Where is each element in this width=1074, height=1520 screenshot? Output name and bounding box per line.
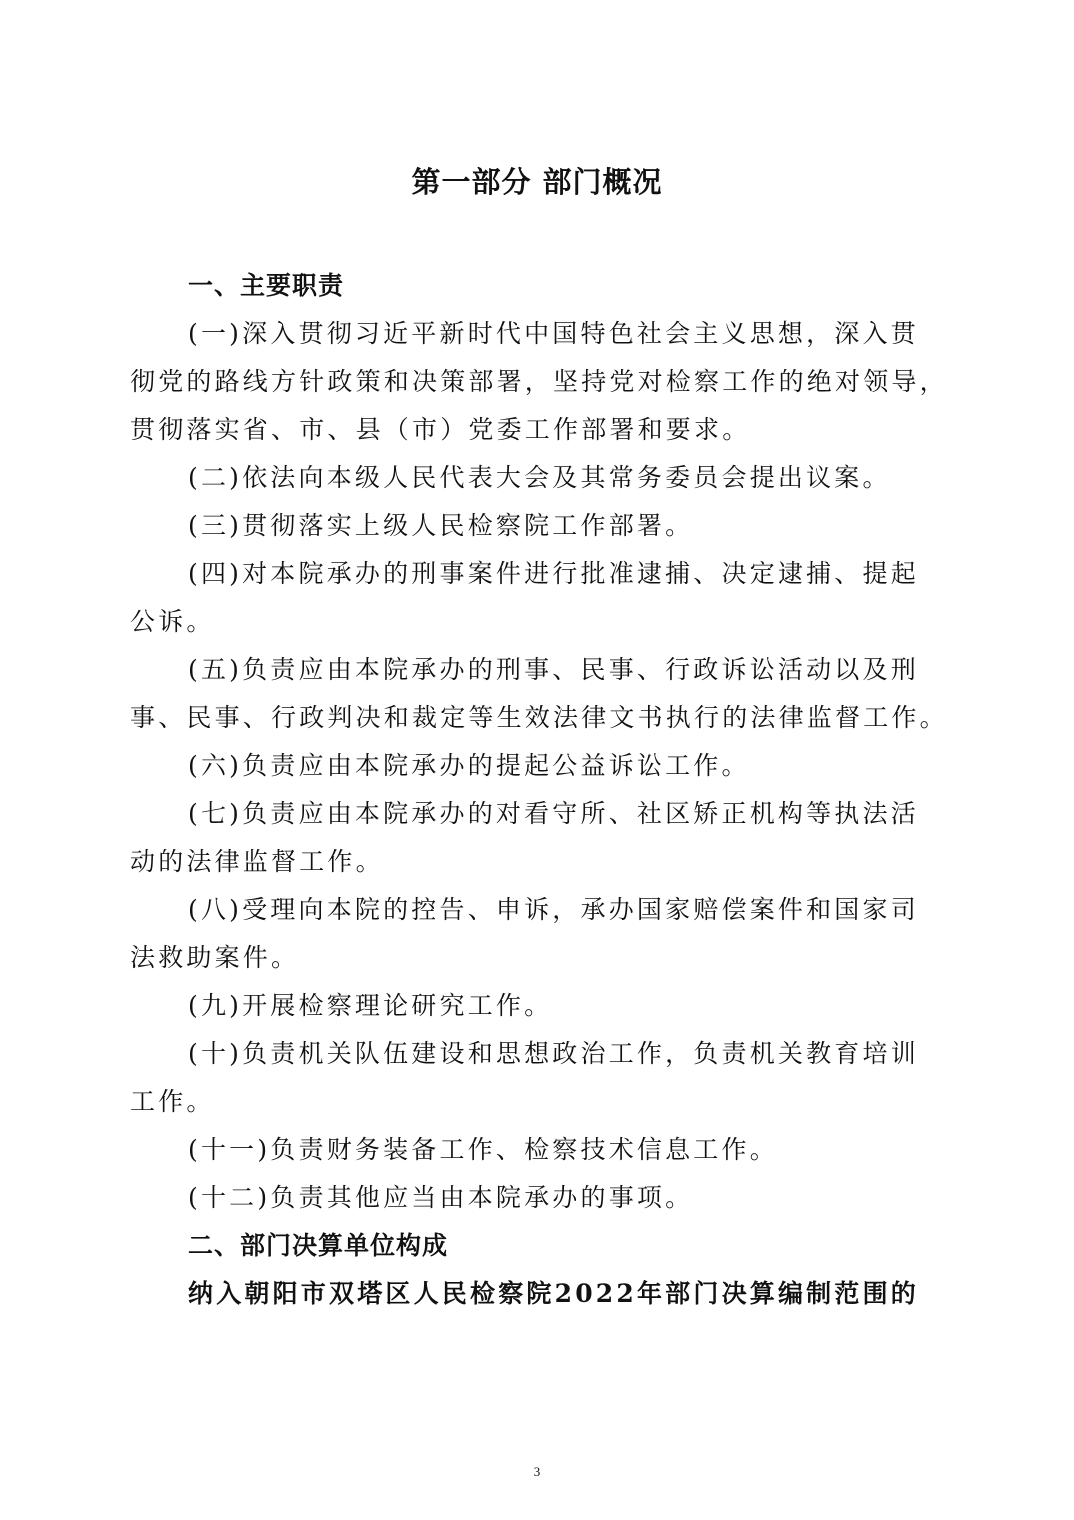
document-body: 一、主要职责 (一)深入贯彻习近平新时代中国特色社会主义思想，深入贯 彻党的路线… (130, 262, 945, 1318)
paragraph-line: (十二)负责其他应当由本院承办的事项。 (130, 1174, 945, 1222)
document-page: 第一部分 部门概况 一、主要职责 (一)深入贯彻习近平新时代中国特色社会主义思想… (0, 0, 1074, 1520)
paragraph-line: 法救助案件。 (130, 934, 945, 982)
page-number: 3 (0, 1464, 1074, 1480)
paragraph-line: (八)受理向本院的控告、申诉，承办国家赔偿案件和国家司 (130, 886, 945, 934)
paragraph-line: (六)负责应由本院承办的提起公益诉讼工作。 (130, 742, 945, 790)
paragraph-line: 公诉。 (130, 598, 945, 646)
paragraph-line: (十)负责机关队伍建设和思想政治工作，负责机关教育培训 (130, 1030, 945, 1078)
section-heading-units: 二、部门决算单位构成 (130, 1222, 945, 1270)
paragraph-line: 工作。 (130, 1078, 945, 1126)
paragraph-line: (三)贯彻落实上级人民检察院工作部署。 (130, 502, 945, 550)
paragraph-line: (一)深入贯彻习近平新时代中国特色社会主义思想，深入贯 (130, 310, 945, 358)
paragraph-line: 事、民事、行政判决和裁定等生效法律文书执行的法律监督工作。 (130, 694, 945, 742)
paragraph-line: (十一)负责财务装备工作、检察技术信息工作。 (130, 1126, 945, 1174)
paragraph-line: (四)对本院承办的刑事案件进行批准逮捕、决定逮捕、提起 (130, 550, 945, 598)
paragraph-line: (五)负责应由本院承办的刑事、民事、行政诉讼活动以及刑 (130, 646, 945, 694)
paragraph-line: 贯彻落实省、市、县（市）党委工作部署和要求。 (130, 406, 945, 454)
section-heading-duties: 一、主要职责 (130, 262, 945, 310)
paragraph-line: (二)依法向本级人民代表大会及其常务委员会提出议案。 (130, 454, 945, 502)
paragraph-line: 动的法律监督工作。 (130, 838, 945, 886)
paragraph-line: (九)开展检察理论研究工作。 (130, 982, 945, 1030)
paragraph-line: 彻党的路线方针政策和决策部署，坚持党对检察工作的绝对领导， (130, 358, 945, 406)
paragraph-line: (七)负责应由本院承办的对看守所、社区矫正机构等执法活 (130, 790, 945, 838)
page-title: 第一部分 部门概况 (0, 160, 1074, 201)
paragraph-line: 纳入朝阳市双塔区人民检察院2022年部门决算编制范围的 (130, 1270, 945, 1318)
